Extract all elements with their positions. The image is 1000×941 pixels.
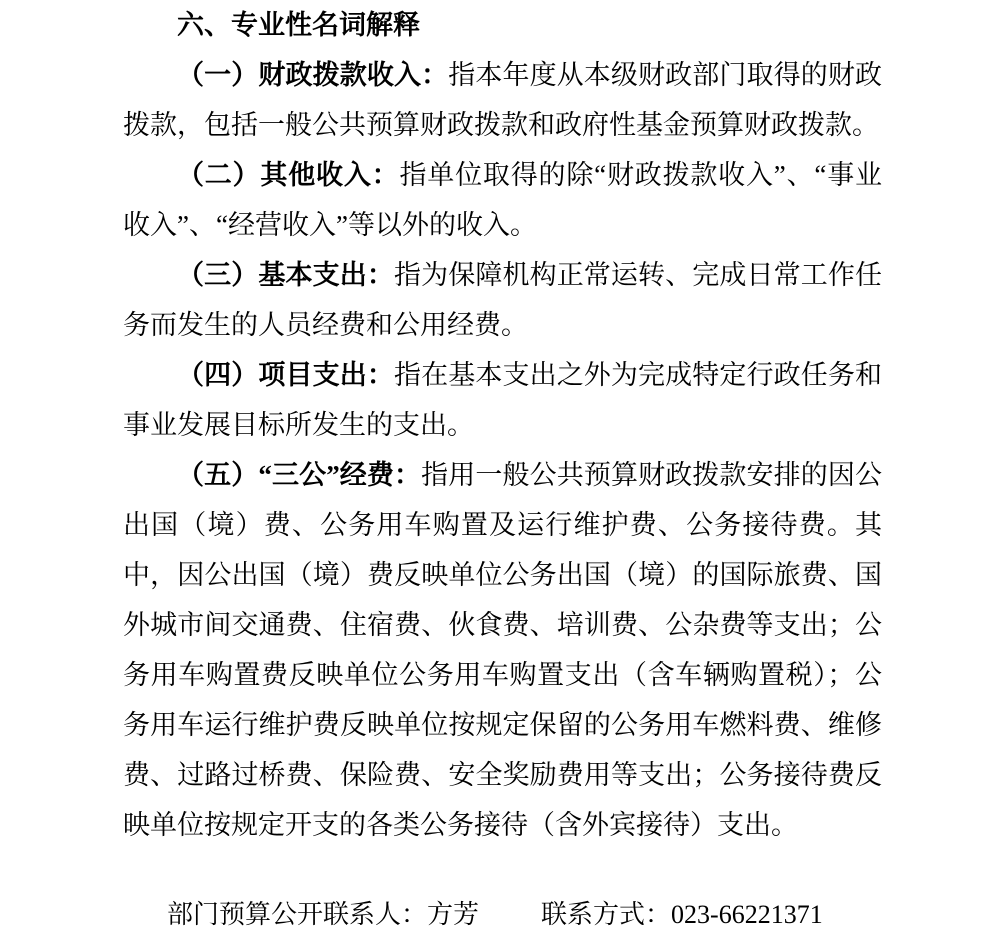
term-label: （一）财政拨款收入： <box>177 60 448 90</box>
document-page: 六、专业性名词解释 （一）财政拨款收入：指本年度从本级财政部门取得的财政拨款，包… <box>0 0 1000 941</box>
definition-paragraph-1: （一）财政拨款收入：指本年度从本级财政部门取得的财政拨款，包括一般公共预算财政拨… <box>123 50 882 150</box>
section-heading: 六、专业性名词解释 <box>123 0 882 50</box>
term-label: （二）其他收入： <box>177 160 399 190</box>
contact-person-label: 部门预算公开联系人： <box>167 900 427 929</box>
definition-paragraph-5: （五）“三公”经费：指用一般公共预算财政拨款安排的因公出国（境）费、公务用车购置… <box>123 450 882 850</box>
definition-paragraph-3: （三）基本支出：指为保障机构正常运转、完成日常工作任务而发生的人员经费和公用经费… <box>123 250 882 350</box>
term-definition: 指用一般公共预算财政拨款安排的因公出国（境）费、公务用车购置及运行维护费、公务接… <box>123 460 882 840</box>
contact-person-name: 方芳 <box>427 900 479 929</box>
term-label: （五）“三公”经费： <box>177 460 421 490</box>
term-label: （三）基本支出： <box>177 260 394 290</box>
term-label: （四）项目支出： <box>177 360 394 390</box>
contact-phone-label: 联系方式： <box>541 900 671 929</box>
definition-paragraph-2: （二）其他收入：指单位取得的除“财政拨款收入”、“事业收入”、“经营收入”等以外… <box>123 150 882 250</box>
contact-phone-number: 023-66221371 <box>671 900 823 929</box>
contact-line: 部门预算公开联系人：方芳联系方式：023-66221371 <box>123 890 882 940</box>
definition-paragraph-4: （四）项目支出：指在基本支出之外为完成特定行政任务和事业发展目标所发生的支出。 <box>123 350 882 450</box>
